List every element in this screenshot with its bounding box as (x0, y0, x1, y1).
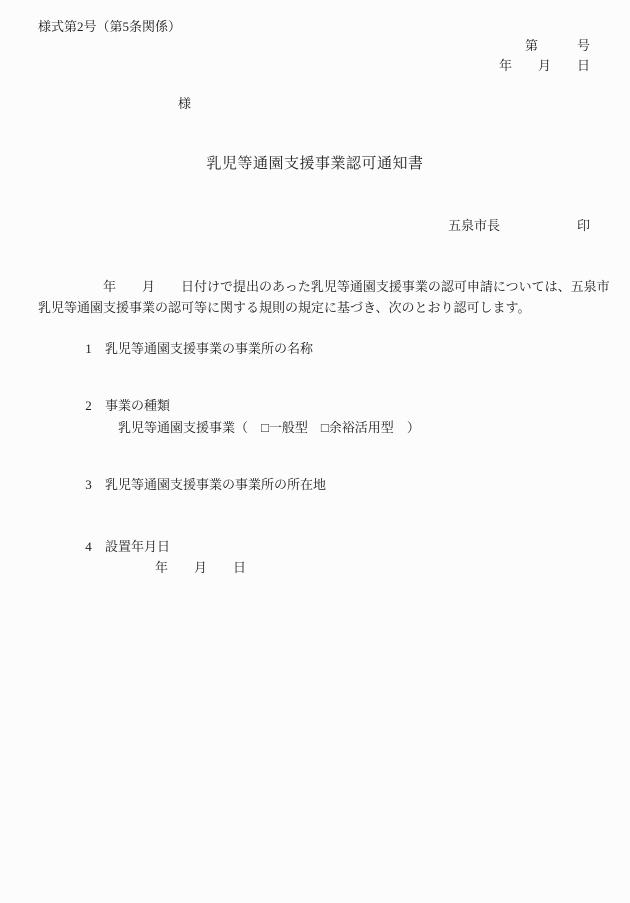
item-3-number: 3 (85, 478, 92, 491)
item-4-number: 4 (85, 540, 92, 553)
issuer-name: 五泉市長 (448, 218, 500, 233)
checkbox-surplus-icon: □ (321, 420, 329, 435)
item-1-number: 1 (85, 342, 92, 355)
business-type-line: 乳児等通園支援事業（ □一般型 □余裕活用型 ） (118, 421, 420, 434)
establishment-date-blank: 年 月 日 (155, 561, 246, 574)
business-type-prefix: 乳児等通園支援事業（ (118, 420, 248, 435)
spacer (394, 420, 407, 435)
business-type-suffix: ） (407, 420, 420, 435)
item-4-label: 設置年月日 (105, 539, 170, 554)
item-2-number: 2 (85, 399, 92, 412)
item-4: 4設置年月日 (85, 540, 170, 553)
spacer (308, 420, 321, 435)
item-3: 3乳児等通園支援事業の事業所の所在地 (85, 478, 326, 491)
option-general-label: 一般型 (269, 420, 308, 435)
checkbox-general-icon: □ (261, 420, 269, 435)
body-paragraph-line-1: 年 月 日付けで提出のあった乳児等通園支援事業の認可申請については、五泉市 (38, 280, 610, 293)
item-1-label: 乳児等通園支援事業の事業所の名称 (105, 341, 313, 356)
issue-date-blank: 年 月 日 (499, 59, 590, 72)
body-paragraph-line-2: 乳児等通園支援事業の認可等に関する規則の規定に基づき、次のとおり認可します。 (38, 301, 530, 314)
item-2: 2事業の種類 (85, 399, 170, 412)
option-surplus-label: 余裕活用型 (329, 420, 394, 435)
form-number-label: 様式第2号（第5条関係） (38, 20, 181, 33)
seal-placeholder: 印 (577, 218, 590, 233)
item-2-label: 事業の種類 (105, 398, 170, 413)
spacer (248, 420, 261, 435)
document-page: 様式第2号（第5条関係） 第 号 年 月 日 様 乳児等通園支援事業認可通知書 … (0, 0, 630, 903)
item-3-label: 乳児等通園支援事業の事業所の所在地 (105, 477, 326, 492)
issuer-line: 五泉市長印 (448, 219, 590, 232)
document-number-blank: 第 号 (525, 39, 590, 52)
item-1: 1乳児等通園支援事業の事業所の名称 (85, 342, 313, 355)
document-title: 乳児等通園支援事業認可通知書 (0, 157, 630, 172)
addressee-honorific: 様 (178, 97, 191, 110)
